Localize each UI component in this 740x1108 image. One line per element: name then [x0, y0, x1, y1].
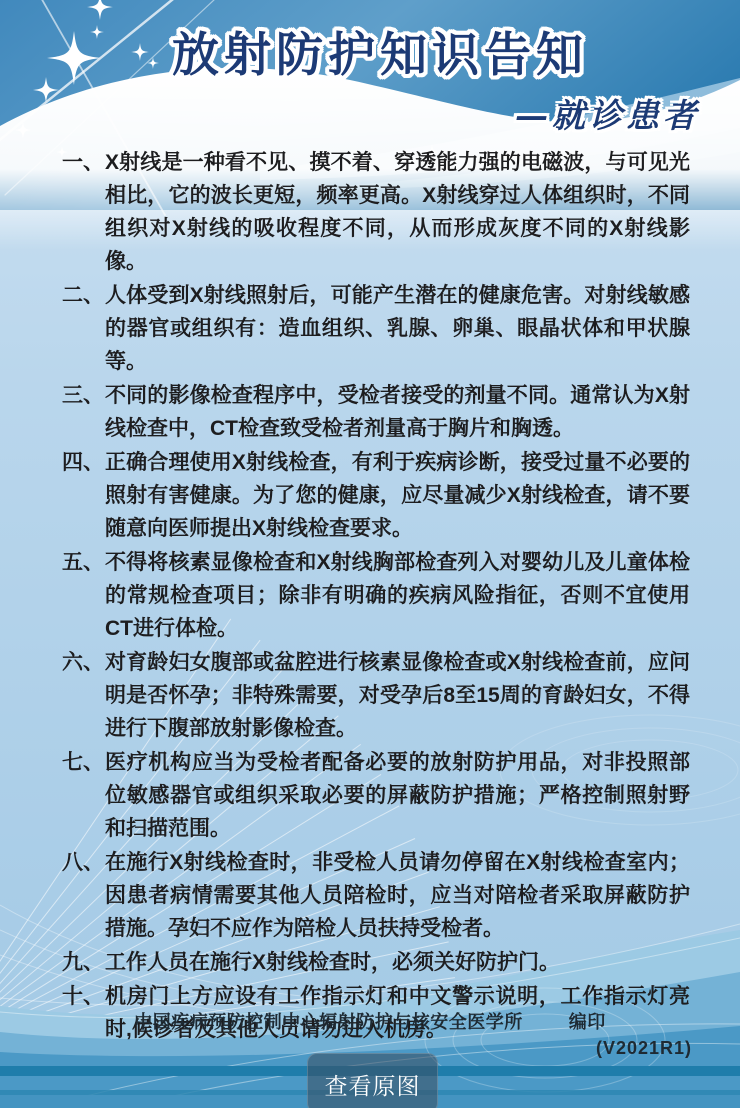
- notice-item-6: 六、 对育龄妇女腹部或盆腔进行核素显像检查或X射线检查前，应问明是否怀孕；非特殊…: [62, 646, 690, 745]
- item-text: 工作人员在施行X射线检查时，必须关好防护门。: [105, 951, 560, 974]
- item-number: 九、: [62, 946, 105, 979]
- footer: 中国疾病预防控制中心辐射防护与核安全医学所 编印: [0, 1008, 740, 1034]
- page-title: 放射防护知识告知: [10, 24, 740, 85]
- item-number: 五、: [62, 546, 105, 579]
- item-number: 一、: [62, 146, 105, 179]
- radiation-notice-poster: 放射防护知识告知 —就诊患者 一、 X射线是一种看不见、摸不着、穿透能力强的电磁…: [0, 0, 740, 1108]
- version-label: (V2021R1): [596, 1038, 692, 1059]
- item-text: 正确合理使用X射线检查，有利于疾病诊断，接受过量不必要的照射有害健康。为了您的健…: [105, 451, 690, 540]
- item-number: 七、: [62, 746, 105, 779]
- item-text: 不同的影像检查程序中，受检者接受的剂量不同。通常认为X射线检查中，CT检查致受检…: [105, 384, 690, 440]
- page-subtitle: —就诊患者: [515, 90, 700, 137]
- notice-item-3: 三、 不同的影像检查程序中，受检者接受的剂量不同。通常认为X射线检查中，CT检查…: [62, 379, 690, 445]
- notice-item-1: 一、 X射线是一种看不见、摸不着、穿透能力强的电磁波，与可见光相比，它的波长更短…: [62, 146, 690, 278]
- imprint-label: 编印: [569, 1008, 606, 1034]
- notice-item-2: 二、 人体受到X射线照射后，可能产生潜在的健康危害。对射线敏感的器官或组织有：造…: [62, 279, 690, 378]
- notice-list: 一、 X射线是一种看不见、摸不着、穿透能力强的电磁波，与可见光相比，它的波长更短…: [62, 146, 690, 1047]
- item-number: 六、: [62, 646, 105, 679]
- item-number: 八、: [62, 846, 105, 879]
- item-text: 医疗机构应当为受检者配备必要的放射防护用品，对非投照部位敏感器官或组织采取必要的…: [105, 751, 690, 840]
- item-text: 在施行X射线检查时，非受检人员请勿停留在X射线检查室内；因患者病情需要其他人员陪…: [105, 851, 690, 940]
- item-text: 人体受到X射线照射后，可能产生潜在的健康危害。对射线敏感的器官或组织有：造血组织…: [105, 284, 690, 373]
- notice-item-9: 九、 工作人员在施行X射线检查时，必须关好防护门。: [62, 946, 690, 979]
- notice-item-5: 五、 不得将核素显像检查和X射线胸部检查列入对婴幼儿及儿童体检的常规检查项目；除…: [62, 546, 690, 645]
- item-number: 三、: [62, 379, 105, 412]
- item-number: 二、: [62, 279, 105, 312]
- publisher-name: 中国疾病预防控制中心辐射防护与核安全医学所: [134, 1008, 523, 1034]
- item-text: 不得将核素显像检查和X射线胸部检查列入对婴幼儿及儿童体检的常规检查项目；除非有明…: [105, 551, 690, 640]
- notice-item-8: 八、 在施行X射线检查时，非受检人员请勿停留在X射线检查室内；因患者病情需要其他…: [62, 846, 690, 945]
- item-number: 四、: [62, 446, 105, 479]
- item-text: X射线是一种看不见、摸不着、穿透能力强的电磁波，与可见光相比，它的波长更短，频率…: [105, 151, 690, 273]
- notice-item-4: 四、 正确合理使用X射线检查，有利于疾病诊断，接受过量不必要的照射有害健康。为了…: [62, 446, 690, 545]
- view-original-button[interactable]: 查看原图: [307, 1053, 438, 1108]
- notice-item-7: 七、 医疗机构应当为受检者配备必要的放射防护用品，对非投照部位敏感器官或组织采取…: [62, 746, 690, 845]
- item-text: 对育龄妇女腹部或盆腔进行核素显像检查或X射线检查前，应问明是否怀孕；非特殊需要，…: [105, 651, 690, 740]
